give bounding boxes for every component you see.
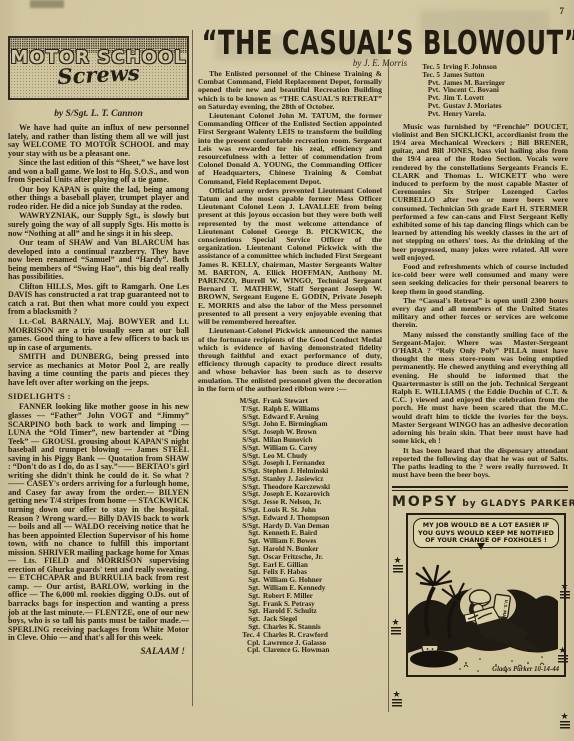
sidelights-text: FANNER looking like mother goose in his … [8, 403, 189, 642]
star-icon: ★ [392, 689, 400, 699]
star-icon: ★ [391, 617, 399, 627]
star-icon: ★ [560, 711, 568, 721]
bleedthrough-smudge [30, 0, 64, 8]
comic-title: MOPSY [392, 494, 458, 510]
bars-icon [560, 591, 570, 599]
article-right-column: Tec. 5 Irving F. Johnson Tec. 5 James Su… [392, 64, 568, 677]
paragraph: The “Casual's Retreat” is open until 230… [392, 297, 568, 330]
motor-school-logo: MOTOR SCHOOL Screws [8, 36, 189, 100]
newspaper-page: { "page": { "number": "7" }, "colors": {… [0, 0, 574, 741]
paragraph: The Enlisted personnel of the Chinese Tr… [198, 70, 382, 111]
star-bar-decoration: ★ [558, 582, 571, 599]
paragraph: Clifton HILLS, Mos. gift to Ramgarh. One… [8, 283, 189, 317]
recipient-name: Henry Varela. [443, 111, 486, 119]
recipient-name: Clarence G. Howman [263, 647, 329, 655]
article-headline: “THE CASUAL’S BLOWOUT” [202, 24, 565, 62]
motor-school-byline: by S/Sgt. L. T. Cannon [8, 109, 189, 119]
paragraph: Official army orders prevented Lieutenan… [198, 187, 382, 326]
recipient-rank: Pvt. [406, 111, 443, 119]
medal-recipient-row: Pvt. Henry Varela. [406, 111, 568, 119]
salaam-signoff: SALAAM ! [8, 647, 189, 657]
star-bar-decoration: ★ [390, 690, 403, 707]
bars-icon [560, 721, 570, 729]
medal-recipient-row: Sgt. Harold F. Schultz [220, 608, 382, 616]
paragraph: Food and refreshments which of course in… [392, 263, 568, 296]
paragraph: Lt.-Col. BARNALY, Maj. BOWYER and Lt. MO… [8, 318, 189, 352]
star-bar-decoration: ★ [389, 618, 402, 635]
motor-school-column: MOTOR SCHOOL Screws by S/Sgt. L. T. Cann… [8, 36, 189, 738]
motor-school-paragraphs: We have had quite an influx of new perso… [8, 124, 189, 387]
recipient-rank: Cpl. [220, 647, 263, 655]
comic-illustration: U.S. MAIL [408, 563, 558, 675]
paragraph: Our boy KAPAN is quite the lad, being am… [8, 186, 189, 212]
medal-recipient-row: Cpl. Clarence G. Howman [220, 647, 382, 655]
artist-signature: Gladys Parker 10-14-44 [492, 666, 559, 673]
bars-icon [392, 699, 402, 707]
comic-byline: by GLADYS PARKER [462, 499, 574, 509]
paragraph: SMITH and DUNBERG, being pressed into se… [8, 353, 189, 387]
column-rule-right [388, 62, 389, 712]
comic-divider-rule [392, 486, 568, 491]
bars-icon [558, 655, 568, 663]
paragraph: We have had quite an influx of new perso… [8, 124, 189, 158]
good-conduct-medal-list: M/Sgt. Frank Stewart T/Sgt. Ralph E. Wil… [198, 398, 382, 655]
bars-icon [391, 627, 401, 635]
star-bar-decoration: ★ [391, 556, 404, 573]
sidelights-section: FANNER looking like mother goose in his … [8, 403, 189, 642]
paragraph: Lieutenant Colonel John M. TATUM, the fo… [198, 112, 382, 186]
paragraph: WAWRYZNIAK, our Supply Sgt., is slowly b… [8, 212, 189, 238]
paragraph: Since the last edition of this “Sheet,” … [8, 159, 189, 185]
column-rule-left [192, 30, 193, 706]
paragraph: Our team of SHAW and Van BLARCUM has dev… [8, 239, 189, 282]
paragraph: It has been heard that the dispensary at… [392, 447, 568, 480]
star-icon: ★ [558, 645, 566, 655]
article-paragraphs-middle: The Enlisted personnel of the Chinese Tr… [198, 70, 382, 393]
star-icon: ★ [393, 555, 401, 565]
speech-bubble: MY JOB WOULD BE A LOT EASIER IF YOU GUYS… [413, 518, 559, 548]
paragraph: Music was furnished by “Frenchie” DOUCET… [392, 123, 568, 262]
star-bar-decoration: ★ [556, 646, 569, 663]
page-number: 7 [560, 6, 565, 16]
paragraph: Many missed the constantly smiling face … [392, 331, 568, 446]
sidelights-heading: SIDELIGHTS : [8, 391, 189, 401]
mopsy-comic-panel: MY JOB WOULD BE A LOT EASIER IF YOU GUYS… [406, 513, 566, 677]
paragraph: Lieutenant-Colonel Pickwick announced th… [198, 327, 382, 393]
star-icon: ★ [560, 581, 568, 591]
bars-icon [393, 565, 403, 573]
good-conduct-medal-list-continued: Tec. 5 Irving F. Johnson Tec. 5 James Su… [392, 64, 568, 119]
comic-header: MOPSY by GLADYS PARKER [392, 493, 568, 511]
article-middle-column: The Enlisted personnel of the Chinese Tr… [198, 70, 382, 738]
star-bar-decoration: ★ [558, 712, 571, 729]
article-paragraphs-right: Music was furnished by “Frenchie” DOUCET… [392, 123, 568, 480]
